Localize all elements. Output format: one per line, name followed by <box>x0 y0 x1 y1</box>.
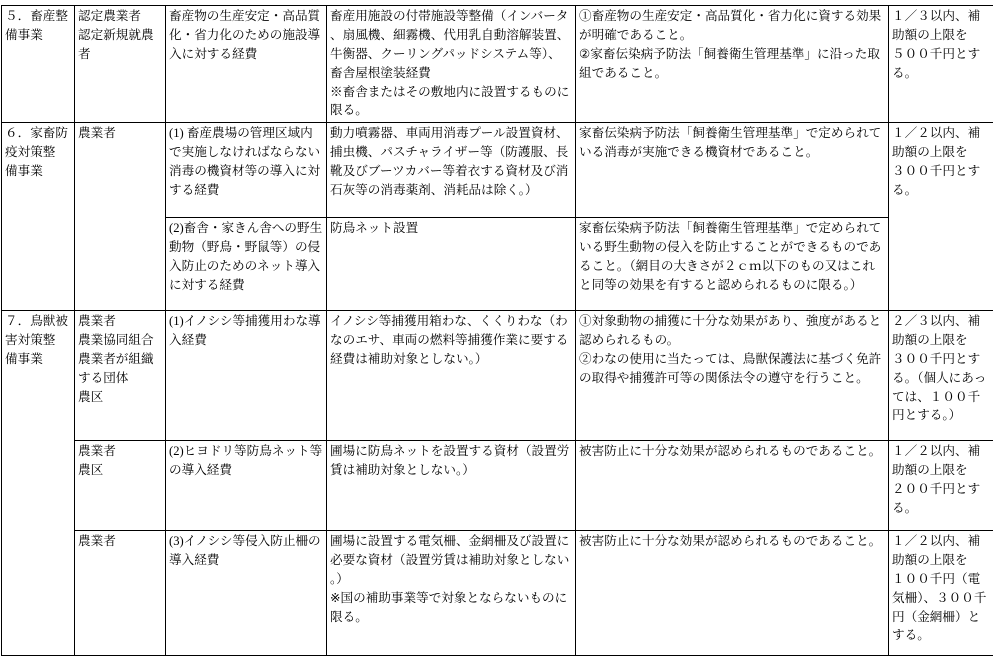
cell-applicant: 農業者 <box>75 123 166 311</box>
cell-requirements: 家畜伝染病予防法「飼養衛生管理基準」で定められている消毒が実施できる機資材である… <box>576 123 889 218</box>
cell-target-items: イノシシ等捕獲用箱わな、くくりわな（わなのエサ、車両の燃料等捕獲作業に要する経費… <box>327 311 576 441</box>
cell-requirements: ①畜産物の生産安定・高品質化・省力化に資する効果が明確であること。 ②家畜伝染病… <box>576 6 889 123</box>
cell-project-name: ５．畜産整 備事業 <box>2 6 75 123</box>
cell-expense-category: 畜産物の生産安定・高品質化・省力化のための施設導入に対する経費 <box>166 6 327 123</box>
cell-target-items: 動力噴霧器、車両用消毒プール設置資材、捕虫機、パスチャライザー等（防護服、長靴及… <box>327 123 576 218</box>
cell-applicant: 農業者 農業協同組合 農業者が組織する団体 農区 <box>75 311 166 441</box>
cell-expense-category: (2)ヒヨドリ等防鳥ネット等の導入経費 <box>166 441 327 531</box>
document-page: { "doc": { "sections": [ { "name": "５．畜産… <box>0 0 993 656</box>
cell-applicant: 農業者 <box>75 531 166 656</box>
cell-subsidy-rate: １／２以内、補助額の上限を １００千円（電気柵）、３００千円（金網柵）とする。 <box>889 531 993 656</box>
cell-requirements: 被害防止に十分な効果が認められるものであること。 <box>576 531 889 656</box>
cell-expense-category: (1)イノシシ等捕獲用わな導入経費 <box>166 311 327 441</box>
cell-expense-category: (2)畜舎・家きん舎への野生動物（野鳥・野鼠等）の侵入防止のためのネット導入に対… <box>166 218 327 311</box>
cell-expense-category: (3)イノシシ等侵入防止柵の導入経費 <box>166 531 327 656</box>
table-row: ６．家畜防 疫対策整 備事業 農業者 (1) 畜産農場の管理区域内で実施しなけれ… <box>2 123 993 218</box>
cell-applicant: 認定農業者 認定新規就農者 <box>75 6 166 123</box>
table-row: 農業者 (3)イノシシ等侵入防止柵の導入経費 圃場に設置する電気柵、金網柵及び設… <box>2 531 993 656</box>
cell-subsidy-rate: ２／３以内、補助額の上限を ３００千円とする。（個人にあっては、１００千円とする… <box>889 311 993 441</box>
cell-requirements: 被害防止に十分な効果が認められるものであること。 <box>576 441 889 531</box>
cell-project-name: ６．家畜防 疫対策整 備事業 <box>2 123 75 311</box>
cell-target-items: 圃場に防鳥ネットを設置する資材（設置労賃は補助対象としない。） <box>327 441 576 531</box>
cell-subsidy-rate: １／２以内、補助額の上限を ３００千円とする。 <box>889 123 993 311</box>
cell-target-items: 圃場に設置する電気柵、金網柵及び設置に必要な資材（設置労賃は補助対象としない。）… <box>327 531 576 656</box>
cell-applicant: 農業者 農区 <box>75 441 166 531</box>
table-row: ５．畜産整 備事業 認定農業者 認定新規就農者 畜産物の生産安定・高品質化・省力… <box>2 6 993 123</box>
cell-subsidy-rate: １／２以内、補助額の上限を ２００千円とする。 <box>889 441 993 531</box>
cell-target-items: 畜産用施設の付帯施設等整備（インバータ、扇風機、細霧機、代用乳自動溶解装置、牛衡… <box>327 6 576 123</box>
table-row: ７．鳥獣被 害対策整 備事業 農業者 農業協同組合 農業者が組織する団体 農区 … <box>2 311 993 441</box>
cell-requirements: 家畜伝染病予防法「飼養衛生管理基準」で定められている野生動物の侵入を防止すること… <box>576 218 889 311</box>
cell-subsidy-rate: １／３以内、補助額の上限を ５００千円とする。 <box>889 6 993 123</box>
cell-target-items: 防鳥ネット設置 <box>327 218 576 311</box>
cell-project-name: ７．鳥獣被 害対策整 備事業 <box>2 311 75 656</box>
table-row: 農業者 農区 (2)ヒヨドリ等防鳥ネット等の導入経費 圃場に防鳥ネットを設置する… <box>2 441 993 531</box>
subsidy-program-table: ５．畜産整 備事業 認定農業者 認定新規就農者 畜産物の生産安定・高品質化・省力… <box>1 5 993 656</box>
cell-expense-category: (1) 畜産農場の管理区域内で実施しなければならない消毒の機資材等の導入に対する… <box>166 123 327 218</box>
cell-requirements: ①対象動物の捕獲に十分な効果があり、強度があると認められるもの。 ②わなの使用に… <box>576 311 889 441</box>
